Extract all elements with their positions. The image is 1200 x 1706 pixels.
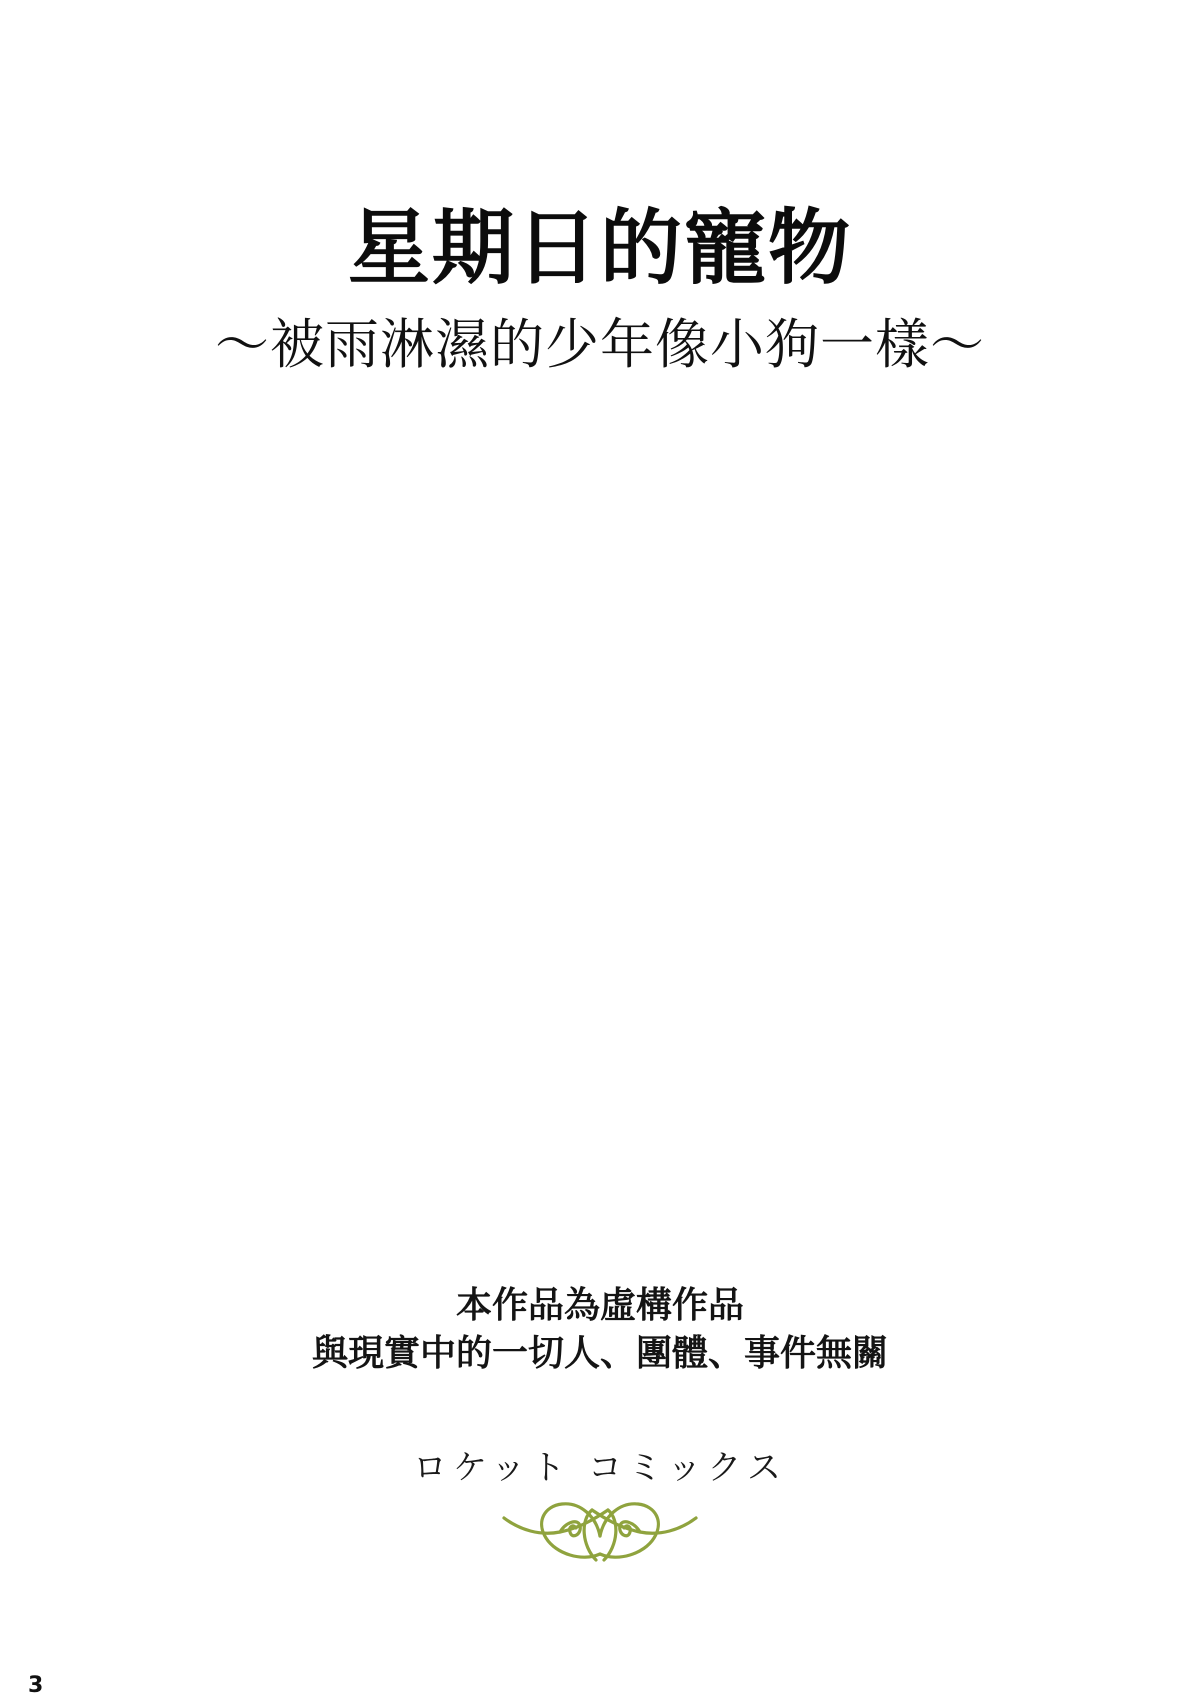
book-subtitle: ～被雨淋濕的少年像小狗一樣～ <box>0 310 1200 380</box>
publisher-logo-text: ロケット コミックス <box>0 1446 1200 1490</box>
page-number: 3 <box>28 1672 43 1700</box>
flourish-ornament-icon <box>500 1496 700 1568</box>
disclaimer-line-2: 與現實中的一切人、團體、事件無關 <box>0 1330 1200 1378</box>
fiction-disclaimer: 本作品為虛構作品 與現實中的一切人、團體、事件無關 <box>0 1282 1200 1378</box>
disclaimer-line-1: 本作品為虛構作品 <box>0 1282 1200 1330</box>
book-title: 星期日的寵物 <box>0 198 1200 298</box>
